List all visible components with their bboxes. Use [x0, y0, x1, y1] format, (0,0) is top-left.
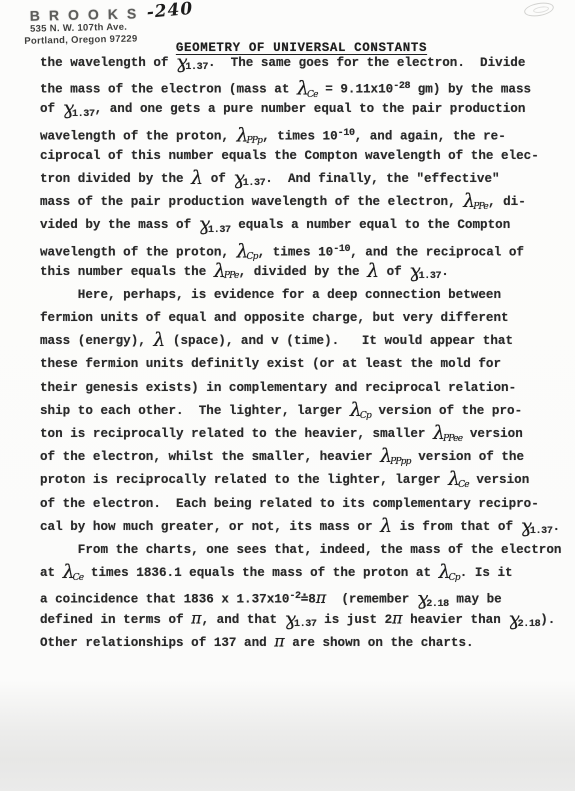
text-line: wavelength of the proton, λCp, times 10-… — [40, 238, 545, 261]
paragraph: the wavelength of ɣ1.37. The same goes f… — [40, 52, 545, 284]
typed-text: their genesis exists) in complementary a… — [40, 381, 516, 395]
text-line: a coincidence that 1836 x 1.37x10-2≐8π (… — [40, 585, 545, 608]
typed-text: mass of the pair production wavelength o… — [40, 195, 463, 209]
typed-text: version — [462, 427, 522, 441]
scanned-document-page: BROOKS -240 535 N. W. 107th Ave. Portlan… — [0, 0, 575, 791]
typed-text: wavelength of the proton, — [40, 245, 237, 259]
gamma-subscript: 1.37 — [530, 526, 553, 537]
typed-text: this number equals the — [40, 265, 214, 279]
text-line: wavelength of the proton, λPPp, times 10… — [40, 122, 545, 145]
pi-symbol: π — [191, 608, 201, 627]
typed-text: of — [379, 265, 409, 279]
text-line: ton is reciprocally related to the heavi… — [40, 423, 545, 446]
lambda-subscript: Cp — [449, 573, 460, 583]
typed-text: . And finally, the "effective" — [265, 172, 499, 186]
typed-text: of the electron, whilst the smaller, hea… — [40, 450, 380, 464]
typed-text: is from that of — [392, 520, 520, 534]
gamma-subscript: 1.37 — [419, 271, 442, 282]
lambda-subscript: Ce — [458, 480, 469, 490]
typed-text: ship to each other. The lighter, larger — [40, 404, 350, 418]
typed-text: at — [40, 566, 63, 580]
typed-text: , and that — [202, 613, 285, 627]
typed-text: gm) by the mass — [410, 83, 531, 97]
typed-text: tron divided by the — [40, 172, 191, 186]
text-line: Other relationships of 137 and π are sho… — [40, 632, 545, 655]
typed-text: vided by the mass of — [40, 218, 199, 232]
text-line: the mass of the electron (mass at λCe = … — [40, 75, 545, 98]
typed-text: . — [552, 520, 560, 534]
text-line: of the electron. Each being related to i… — [40, 493, 545, 516]
typed-text: . — [441, 265, 449, 279]
typed-text: the wavelength of — [40, 56, 176, 70]
text-line: vided by the mass of ɣ1.37 equals a numb… — [40, 214, 545, 237]
text-line: fermion units of equal and opposite char… — [40, 307, 545, 330]
typed-text: Other relationships of 137 and — [40, 636, 274, 650]
typed-text: may be — [449, 593, 502, 607]
typed-text: Here, perhaps, is evidence for a deep co… — [40, 288, 501, 302]
lambda-symbol: λ — [191, 167, 203, 189]
gamma-subscript: 1.37 — [243, 178, 266, 189]
letterhead-name-row: BROOKS -240 — [30, 4, 194, 23]
lambda-symbol: λ — [367, 260, 379, 282]
gamma-subscript: 1.37 — [72, 109, 95, 120]
typed-text: wavelength of the proton, — [40, 129, 237, 143]
typed-text: ton is reciprocally related to the heavi… — [40, 427, 433, 441]
typed-text: are shown on the charts. — [285, 636, 474, 650]
typed-text: ciprocal of this number equals the Compt… — [40, 149, 539, 163]
typed-text: ). — [540, 613, 555, 627]
text-line: Here, perhaps, is evidence for a deep co… — [40, 284, 545, 307]
typed-text: proton is reciprocally related to the li… — [40, 473, 448, 487]
text-line: these fermion units definitly exist (or … — [40, 353, 545, 376]
typed-text: , times 10 — [258, 245, 334, 259]
typed-text: . The same goes for the electron. Divide — [208, 56, 525, 70]
page-root: { "colors": { "ink": "#262626", "paper":… — [0, 0, 575, 791]
text-line: From the charts, one sees that, indeed, … — [40, 539, 545, 562]
text-line: of the electron, whilst the smaller, hea… — [40, 446, 545, 469]
pi-symbol: π — [392, 608, 402, 627]
typed-text: heavier than — [403, 613, 509, 627]
superscript: -10 — [333, 244, 350, 255]
text-line: tron divided by the λ of ɣ1.37. And fina… — [40, 168, 545, 191]
typed-text: is just 2 — [317, 613, 393, 627]
paragraph: From the charts, one sees that, indeed, … — [40, 539, 545, 655]
typed-text: cal by how much greater, or not, its mas… — [40, 520, 380, 534]
text-line: this number equals the λPPe, divided by … — [40, 261, 545, 284]
typed-text: version of the — [411, 450, 524, 464]
typed-text: = 9.11x10 — [318, 83, 394, 97]
text-line: mass of the pair production wavelength o… — [40, 191, 545, 214]
pi-symbol: π — [316, 588, 326, 607]
typed-text: the mass of the electron (mass at — [40, 83, 297, 97]
gamma-subscript: 1.37 — [185, 62, 208, 73]
superscript: -28 — [393, 81, 410, 92]
paragraph: Here, perhaps, is evidence for a deep co… — [40, 284, 545, 539]
typed-text: defined in terms of — [40, 613, 191, 627]
superscript: -10 — [338, 128, 355, 139]
lambda-subscript: Cp — [360, 411, 371, 421]
typed-text: version of the pro- — [371, 404, 522, 418]
lambda-symbol: λ — [380, 515, 392, 537]
typed-text: of the electron. Each being related to i… — [40, 497, 539, 511]
gamma-subscript: 2.18 — [518, 619, 541, 630]
text-line: their genesis exists) in complementary a… — [40, 377, 545, 400]
text-line: defined in terms of π, and that ɣ1.37 is… — [40, 609, 545, 632]
text-line: proton is reciprocally related to the li… — [40, 469, 545, 492]
text-line: cal by how much greater, or not, its mas… — [40, 516, 545, 539]
gamma-subscript: 1.37 — [208, 225, 231, 236]
typed-text: , divided by the — [239, 265, 367, 279]
typed-text: version — [469, 473, 529, 487]
typed-text: , di- — [488, 195, 526, 209]
typed-text: (remember — [326, 593, 417, 607]
text-line: of ɣ1.37, and one gets a pure number equ… — [40, 98, 545, 121]
typed-text: a coincidence that 1836 x 1.37x10 — [40, 593, 289, 607]
typed-text: From the charts, one sees that, indeed, … — [40, 543, 561, 557]
text-line: mass (energy), λ (space), and v (time). … — [40, 330, 545, 353]
typed-text: fermion units of equal and opposite char… — [40, 311, 509, 325]
text-line: ship to each other. The lighter, larger … — [40, 400, 545, 423]
letterhead-name: BROOKS — [30, 5, 146, 23]
text-line: the wavelength of ɣ1.37. The same goes f… — [40, 52, 545, 75]
lambda-subscript: PPe — [473, 202, 488, 212]
typed-text: , times 10 — [262, 129, 338, 143]
text-line: at λCe times 1836.1 equals the mass of t… — [40, 562, 545, 585]
lambda-subscript: PPe — [224, 271, 239, 281]
lambda-symbol: λ — [153, 329, 165, 351]
typed-text: equals a number equal to the Compton — [231, 218, 511, 232]
typed-text: (space), and v (time). It would appear t… — [165, 334, 513, 348]
gamma-subscript: 1.37 — [294, 619, 317, 630]
pi-symbol: π — [274, 631, 284, 650]
typed-text: . Is it — [460, 566, 513, 580]
typed-text: , and the reciprocal of — [350, 245, 524, 259]
typed-text: mass (energy), — [40, 334, 153, 348]
lambda-subscript: PPee — [443, 434, 462, 444]
superscript: -2 — [289, 591, 300, 602]
typed-text: these fermion units definitly exist (or … — [40, 357, 501, 371]
scan-artifact — [523, 0, 555, 18]
lambda-subscript: Ce — [73, 573, 84, 583]
typed-text: , and one gets a pure number equal to th… — [95, 102, 526, 116]
typed-text: ≐8 — [301, 593, 316, 607]
text-line: ciprocal of this number equals the Compt… — [40, 145, 545, 168]
lambda-subscript: PPpp — [390, 457, 411, 467]
typed-text: of — [40, 102, 63, 116]
typed-text: times 1836.1 equals the mass of the prot… — [83, 566, 438, 580]
typed-text: of — [203, 172, 233, 186]
document-body: the wavelength of ɣ1.37. The same goes f… — [40, 52, 545, 655]
typed-text: , and again, the re- — [355, 129, 506, 143]
